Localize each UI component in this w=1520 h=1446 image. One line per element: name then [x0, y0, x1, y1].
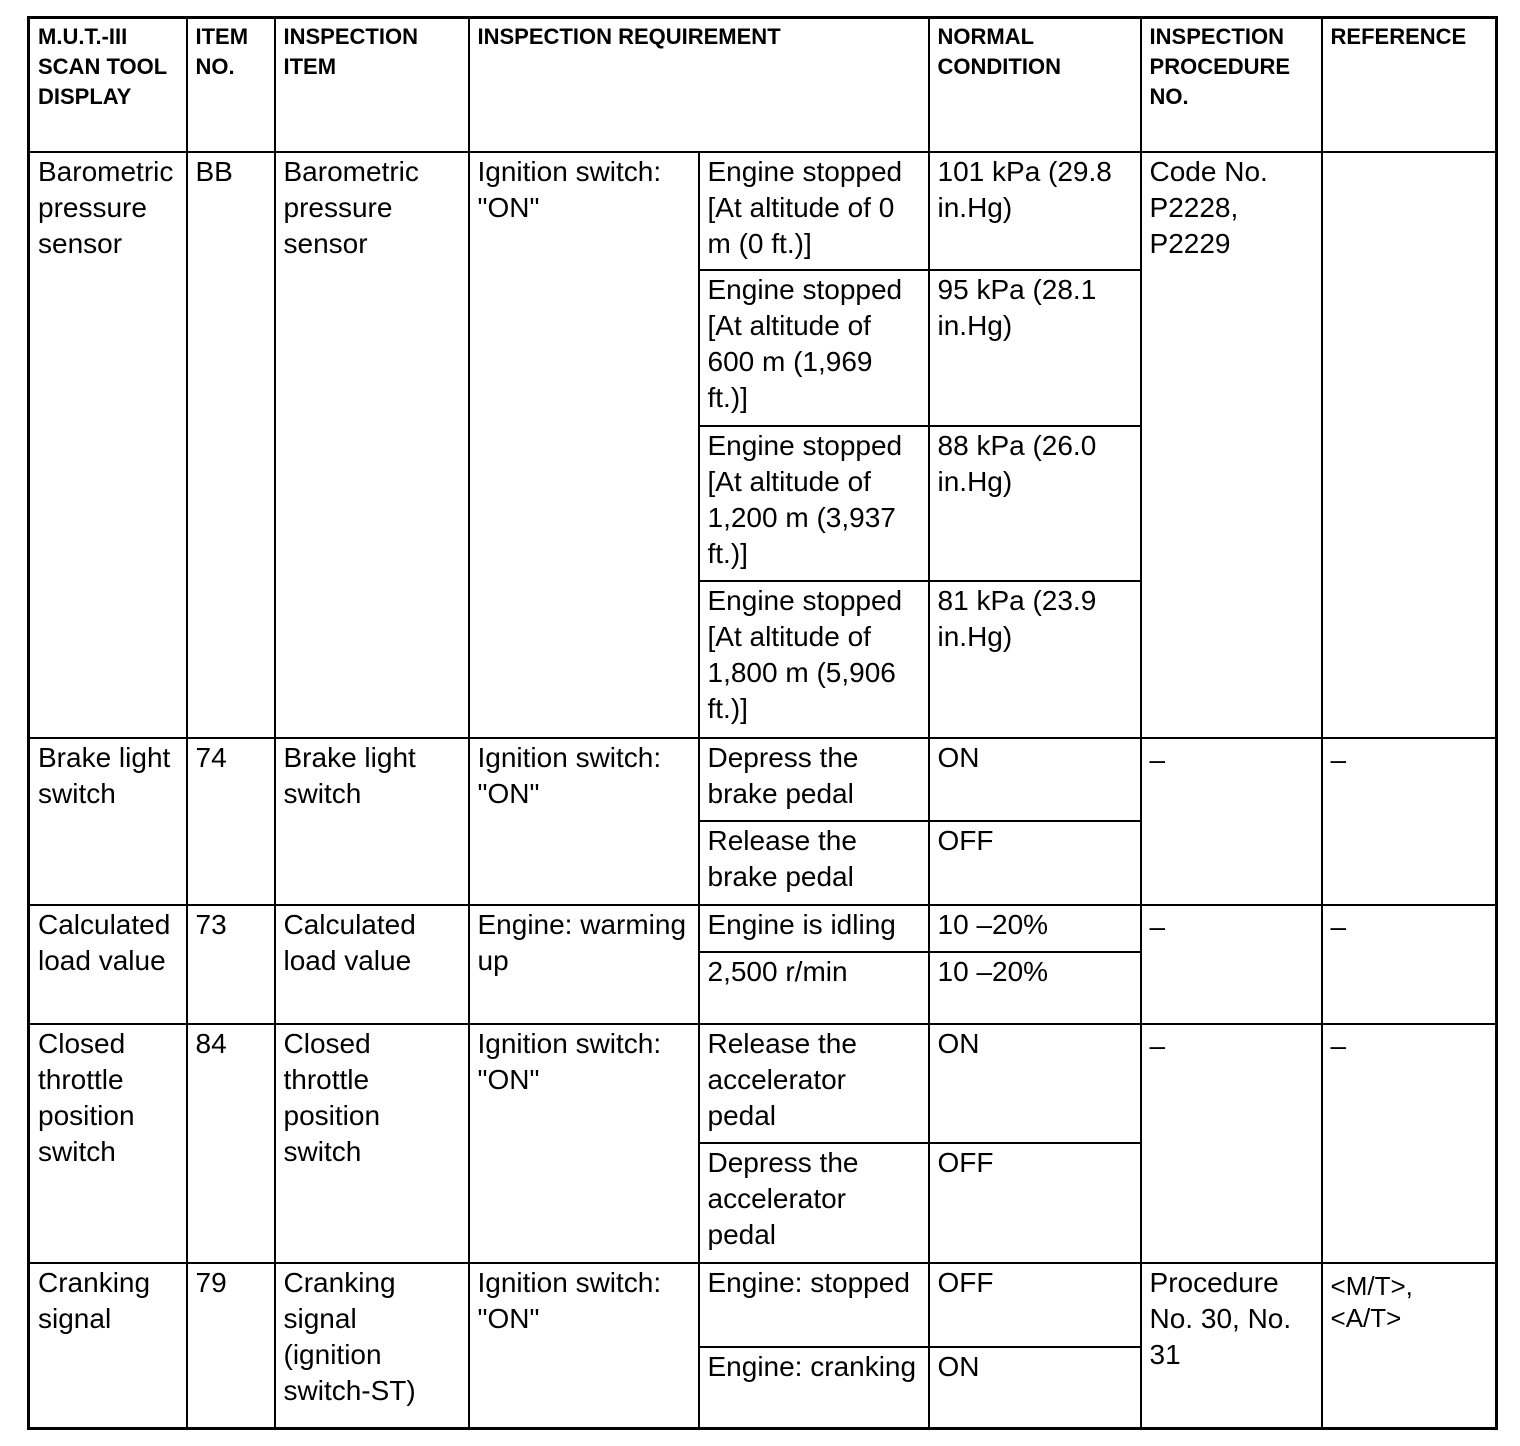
requirement-cell: Ignition switch: "ON" [469, 738, 699, 905]
normal-condition-cell: 101 kPa (29.8 in.Hg) [929, 152, 1141, 270]
procedure-no-cell: – [1141, 905, 1322, 1024]
condition-cell: 2,500 r/min [699, 952, 929, 1024]
reference-value: – [1331, 907, 1347, 945]
normal-condition-cell: 88 kPa (26.0 in.Hg) [929, 426, 1141, 581]
requirement-cell: Ignition switch: "ON" [469, 1263, 699, 1429]
requirement-cell: Engine: warming up [469, 905, 699, 1024]
requirement-cell: Ignition switch: "ON" [469, 152, 699, 738]
condition-cell: Depress the accelerator pedal [699, 1143, 929, 1263]
item-no-cell: 74 [187, 738, 275, 905]
condition-cell: Engine is idling [699, 905, 929, 952]
header-scan-tool-display: M.U.T.-III SCAN TOOL DISPLAY [29, 18, 187, 152]
table-row: Closed throttle position switch 84 Close… [29, 1024, 1497, 1143]
reference-value: – [1331, 740, 1347, 778]
procedure-no-value: – [1150, 1026, 1166, 1064]
normal-condition-cell: ON [929, 1347, 1141, 1429]
condition-cell: Engine stopped [At altitude of 600 m (1,… [699, 270, 929, 426]
condition-cell: Engine: stopped [699, 1263, 929, 1347]
inspection-table: M.U.T.-III SCAN TOOL DISPLAY ITEM NO. IN… [27, 16, 1498, 1430]
procedure-no-cell: – [1141, 738, 1322, 905]
normal-condition-cell: ON [929, 738, 1141, 821]
header-item-no: ITEM NO. [187, 18, 275, 152]
normal-condition-cell: OFF [929, 1263, 1141, 1347]
procedure-no-cell: Procedure No. 30, No. 31 [1141, 1263, 1322, 1429]
header-row: M.U.T.-III SCAN TOOL DISPLAY ITEM NO. IN… [29, 18, 1497, 152]
table-row: Barometric pressure sensor BB Barometric… [29, 152, 1497, 270]
condition-cell: Engine: cranking [699, 1347, 929, 1429]
item-no-cell: 79 [187, 1263, 275, 1429]
item-no-cell: BB [187, 152, 275, 738]
header-normal-condition: NORMAL CONDITION [929, 18, 1141, 152]
scan-tool-display-cell: Brake light switch [29, 738, 187, 905]
normal-condition-cell: ON [929, 1024, 1141, 1143]
condition-cell: Release the brake pedal [699, 821, 929, 905]
header-inspection-item: INSPECTION ITEM [275, 18, 469, 152]
procedure-no-value: – [1150, 907, 1166, 945]
normal-condition-cell: 10 –20% [929, 905, 1141, 952]
condition-cell: Engine stopped [At altitude of 1,800 m (… [699, 581, 929, 738]
item-no-cell: 73 [187, 905, 275, 1024]
normal-condition-cell: OFF [929, 821, 1141, 905]
inspection-item-cell: Cranking signal (ignition switch-ST) [275, 1263, 469, 1429]
reference-cell [1322, 152, 1497, 738]
header-reference: REFERENCE [1322, 18, 1497, 152]
inspection-item-cell: Calculated load value [275, 905, 469, 1024]
requirement-cell: Ignition switch: "ON" [469, 1024, 699, 1263]
condition-cell: Engine stopped [At altitude of 0 m (0 ft… [699, 152, 929, 270]
condition-cell: Depress the brake pedal [699, 738, 929, 821]
normal-condition-cell: 10 –20% [929, 952, 1141, 1024]
header-inspection-procedure-no: INSPECTION PROCEDURE NO. [1141, 18, 1322, 152]
inspection-item-cell: Closed throttle position switch [275, 1024, 469, 1263]
condition-cell: Release the accelerator pedal [699, 1024, 929, 1143]
normal-condition-cell: OFF [929, 1143, 1141, 1263]
scan-tool-display-cell: Closed throttle position switch [29, 1024, 187, 1263]
reference-value: – [1331, 1026, 1347, 1064]
procedure-no-cell: Code No. P2228, P2229 [1141, 152, 1322, 738]
scan-tool-display-cell: Barometric pressure sensor [29, 152, 187, 738]
inspection-item-cell: Barometric pressure sensor [275, 152, 469, 738]
scan-tool-display-cell: Cranking signal [29, 1263, 187, 1429]
reference-cell: – [1322, 905, 1497, 1024]
table-row: Brake light switch 74 Brake light switch… [29, 738, 1497, 821]
condition-cell: Engine stopped [At altitude of 1,200 m (… [699, 426, 929, 581]
normal-condition-cell: 95 kPa (28.1 in.Hg) [929, 270, 1141, 426]
inspection-item-cell: Brake light switch [275, 738, 469, 905]
scan-tool-display-cell: Calculated load value [29, 905, 187, 1024]
item-no-cell: 84 [187, 1024, 275, 1263]
reference-cell: – [1322, 1024, 1497, 1263]
table-row: Calculated load value 73 Calculated load… [29, 905, 1497, 952]
reference-cell: – [1322, 738, 1497, 905]
normal-condition-cell: 81 kPa (23.9 in.Hg) [929, 581, 1141, 738]
table-row: Cranking signal 79 Cranking signal (igni… [29, 1263, 1497, 1347]
header-inspection-requirement: INSPECTION REQUIREMENT [469, 18, 929, 152]
reference-cell: <M/T>, <A/T> [1322, 1263, 1497, 1429]
procedure-no-cell: – [1141, 1024, 1322, 1263]
procedure-no-value: – [1150, 740, 1166, 778]
